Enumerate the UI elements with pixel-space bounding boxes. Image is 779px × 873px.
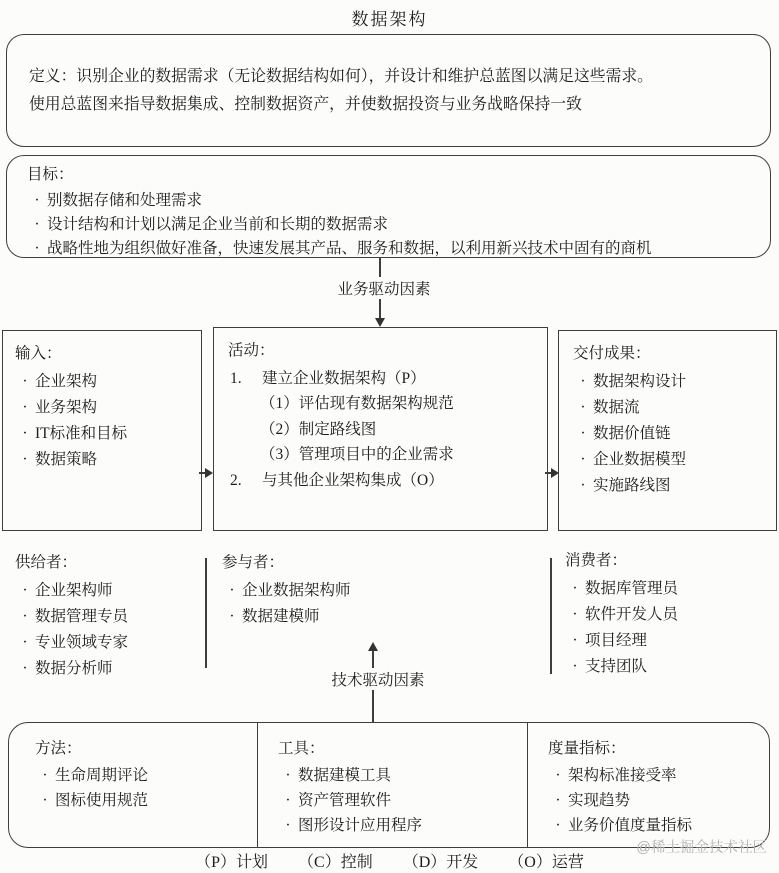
- metric-item: · 实现趋势: [548, 788, 763, 813]
- input-item-label: 企业架构: [35, 369, 97, 395]
- metric-item-label: 实现趋势: [568, 788, 630, 813]
- deliverable-item-label: 数据流: [593, 395, 640, 421]
- activity-number: 1.: [228, 366, 262, 392]
- bullet-icon: ·: [15, 630, 35, 656]
- bullet-icon: ·: [278, 788, 298, 813]
- bullet-icon: ·: [35, 788, 55, 813]
- input-item-label: 业务架构: [35, 395, 97, 421]
- bullet-icon: ·: [278, 813, 298, 838]
- bullet-icon: ·: [222, 578, 242, 604]
- input-item: · 企业架构: [15, 369, 193, 395]
- activity-number: 2.: [228, 468, 262, 494]
- bullet-icon: ·: [565, 654, 585, 680]
- goal-item: · 战略性地为组织做好准备，快速发展其产品、服务和数据，以利用新兴技术中固有的商…: [27, 237, 750, 261]
- method-item-label: 图标使用规范: [55, 788, 148, 813]
- tool-item-label: 图形设计应用程序: [298, 813, 422, 838]
- definition-text: 定义：识别企业的数据需求（无论数据结构如何），并设计和维护总蓝图以满足这些需求。…: [29, 63, 653, 119]
- bullet-icon: ·: [565, 628, 585, 654]
- input-item-label: IT标准和目标: [35, 421, 127, 447]
- method-item: · 图标使用规范: [35, 788, 251, 813]
- consumer-item: · 项目经理: [565, 628, 678, 654]
- technical-drivers-label: 技术驱动因素: [303, 668, 453, 690]
- inputs-box: 输入： · 企业架构 · 业务架构 · IT标准和目标 · 数据策略: [2, 330, 202, 531]
- deliverable-item-label: 企业数据模型: [593, 447, 686, 473]
- methods-tools-metrics-box: 方法： · 生命周期评论 · 图标使用规范 工具： · 数据建模工具 · 资产管…: [8, 722, 770, 848]
- bullet-icon: ·: [548, 763, 568, 788]
- methods-column: 方法： · 生命周期评论 · 图标使用规范: [9, 723, 257, 847]
- bullet-icon: ·: [573, 473, 593, 499]
- supplier-item-label: 数据分析师: [35, 656, 113, 682]
- consumer-item-label: 支持团队: [585, 654, 647, 680]
- deliverable-item: · 数据价值链: [573, 421, 770, 447]
- supplier-item: · 专业领域专家: [15, 630, 128, 656]
- activity-item-label: 与其他企业架构集成（O）: [262, 468, 444, 494]
- goal-item: · 别数据存储和处理需求: [27, 189, 750, 213]
- activities-box: 活动： 1. 建立企业数据架构（P） （1）评估现有数据架构规范 （2）制定路线…: [213, 327, 548, 531]
- participants-list: 参与者： · 企业数据架构师 · 数据建模师: [222, 550, 351, 630]
- definition-box: 定义：识别企业的数据需求（无论数据结构如何），并设计和维护总蓝图以满足这些需求。…: [6, 34, 771, 147]
- consumer-item-label: 项目经理: [585, 628, 647, 654]
- supplier-item: · 数据分析师: [15, 656, 128, 682]
- tool-item-label: 数据建模工具: [298, 763, 391, 788]
- legend-item: （P）计划: [195, 854, 268, 871]
- method-item: · 生命周期评论: [35, 763, 251, 788]
- down-arrow-icon: [375, 318, 385, 327]
- bullet-icon: ·: [15, 369, 35, 395]
- goal-item-label: 别数据存储和处理需求: [47, 189, 202, 213]
- bullet-icon: ·: [27, 189, 47, 213]
- activity-subitem: （3）管理项目中的企业需求: [260, 442, 539, 468]
- deliverable-item-label: 实施路线图: [593, 473, 671, 499]
- supplier-item-label: 企业架构师: [35, 578, 113, 604]
- input-item: · 数据策略: [15, 447, 193, 473]
- bullet-icon: ·: [15, 656, 35, 682]
- column-divider: [550, 558, 552, 674]
- consumers-heading: 消费者：: [565, 548, 678, 574]
- bullet-icon: ·: [15, 578, 35, 604]
- bullet-icon: ·: [548, 813, 568, 838]
- bullet-icon: ·: [15, 421, 35, 447]
- deliverable-item: · 实施路线图: [573, 473, 770, 499]
- goal-item-label: 战略性地为组织做好准备，快速发展其产品、服务和数据，以利用新兴技术中固有的商机: [47, 237, 652, 261]
- supplier-item: · 数据管理专员: [15, 604, 128, 630]
- legend-item: （O）运营: [508, 854, 584, 871]
- tool-item-label: 资产管理软件: [298, 788, 391, 813]
- bullet-icon: ·: [222, 604, 242, 630]
- deliverable-item: · 数据架构设计: [573, 369, 770, 395]
- bullet-icon: ·: [27, 213, 47, 237]
- tool-item: · 图形设计应用程序: [278, 813, 521, 838]
- consumer-item: · 软件开发人员: [565, 602, 678, 628]
- watermark: @稀土掘金技术社区: [636, 836, 767, 857]
- business-drivers-label: 业务驱动因素: [310, 277, 458, 299]
- metric-item-label: 架构标准接受率: [568, 763, 677, 788]
- tools-column: 工具： · 数据建模工具 · 资产管理软件 · 图形设计应用程序: [257, 723, 527, 847]
- deliverable-item-label: 数据价值链: [593, 421, 671, 447]
- tools-heading: 工具：: [278, 736, 521, 761]
- input-item: · 业务架构: [15, 395, 193, 421]
- bullet-icon: ·: [573, 447, 593, 473]
- participant-item: · 企业数据架构师: [222, 578, 351, 604]
- bullet-icon: ·: [278, 763, 298, 788]
- activities-heading: 活动：: [228, 338, 539, 364]
- goals-box: 目标： · 别数据存储和处理需求 · 设计结构和计划以满足企业当前和长期的数据需…: [6, 155, 771, 258]
- method-item-label: 生命周期评论: [55, 763, 148, 788]
- consumer-item: · 支持团队: [565, 654, 678, 680]
- goals-heading: 目标：: [27, 163, 750, 187]
- metric-item-label: 业务价值度量指标: [568, 813, 692, 838]
- metric-item: · 业务价值度量指标: [548, 813, 763, 838]
- bullet-icon: ·: [27, 237, 47, 261]
- tool-item: · 数据建模工具: [278, 763, 521, 788]
- deliverable-item-label: 数据架构设计: [593, 369, 686, 395]
- participant-item-label: 企业数据架构师: [242, 578, 351, 604]
- bullet-icon: ·: [573, 421, 593, 447]
- definition-line-2: 使用总蓝图来指导数据集成、控制数据资产，并使数据投资与业务战略保持一致: [29, 91, 653, 119]
- participants-heading: 参与者：: [222, 550, 351, 576]
- activity-item: 2. 与其他企业架构集成（O）: [228, 468, 539, 494]
- bullet-icon: ·: [35, 763, 55, 788]
- inputs-heading: 输入：: [15, 341, 193, 367]
- supplier-item-label: 数据管理专员: [35, 604, 128, 630]
- bullet-icon: ·: [15, 604, 35, 630]
- right-arrow-icon: [205, 468, 213, 478]
- bullet-icon: ·: [573, 395, 593, 421]
- input-item: · IT标准和目标: [15, 421, 193, 447]
- legend-item: （C）控制: [298, 854, 373, 871]
- goal-item-label: 设计结构和计划以满足企业当前和长期的数据需求: [47, 213, 388, 237]
- definition-line-1: 定义：识别企业的数据需求（无论数据结构如何），并设计和维护总蓝图以满足这些需求。: [29, 63, 653, 91]
- consumer-item-label: 数据库管理员: [585, 576, 678, 602]
- metric-item: · 架构标准接受率: [548, 763, 763, 788]
- deliverables-box: 交付成果： · 数据架构设计 · 数据流 · 数据价值链 · 企业数据模型 · …: [558, 330, 777, 531]
- tool-item: · 资产管理软件: [278, 788, 521, 813]
- bullet-icon: ·: [15, 395, 35, 421]
- diagram-title: 数据架构: [0, 5, 779, 30]
- consumer-item-label: 软件开发人员: [585, 602, 678, 628]
- input-item-label: 数据策略: [35, 447, 97, 473]
- goal-item: · 设计结构和计划以满足企业当前和长期的数据需求: [27, 213, 750, 237]
- supplier-item-label: 专业领域专家: [35, 630, 128, 656]
- activity-item-label: 建立企业数据架构（P）: [262, 366, 426, 392]
- supplier-item: · 企业架构师: [15, 578, 128, 604]
- participant-item-label: 数据建模师: [242, 604, 320, 630]
- activity-subitems: （1）评估现有数据架构规范 （2）制定路线图 （3）管理项目中的企业需求: [260, 391, 539, 468]
- suppliers-list: 供给者： · 企业架构师 · 数据管理专员 · 专业领域专家 · 数据分析师: [15, 550, 128, 682]
- activity-subitem: （1）评估现有数据架构规范: [260, 391, 539, 417]
- metrics-heading: 度量指标：: [548, 736, 763, 761]
- deliverable-item: · 数据流: [573, 395, 770, 421]
- bullet-icon: ·: [565, 602, 585, 628]
- consumer-item: · 数据库管理员: [565, 576, 678, 602]
- participant-item: · 数据建模师: [222, 604, 351, 630]
- activity-item: 1. 建立企业数据架构（P）: [228, 366, 539, 392]
- deliverables-heading: 交付成果：: [573, 341, 770, 367]
- bullet-icon: ·: [565, 576, 585, 602]
- bullet-icon: ·: [548, 788, 568, 813]
- consumers-list: 消费者： · 数据库管理员 · 软件开发人员 · 项目经理 · 支持团队: [565, 548, 678, 680]
- column-divider: [205, 558, 207, 668]
- suppliers-heading: 供给者：: [15, 550, 128, 576]
- bullet-icon: ·: [15, 447, 35, 473]
- metrics-column: 度量指标： · 架构标准接受率 · 实现趋势 · 业务价值度量指标: [527, 723, 769, 847]
- activity-subitem: （2）制定路线图: [260, 417, 539, 443]
- deliverable-item: · 企业数据模型: [573, 447, 770, 473]
- legend-item: （D）开发: [403, 854, 479, 871]
- bullet-icon: ·: [573, 369, 593, 395]
- methods-heading: 方法：: [35, 736, 251, 761]
